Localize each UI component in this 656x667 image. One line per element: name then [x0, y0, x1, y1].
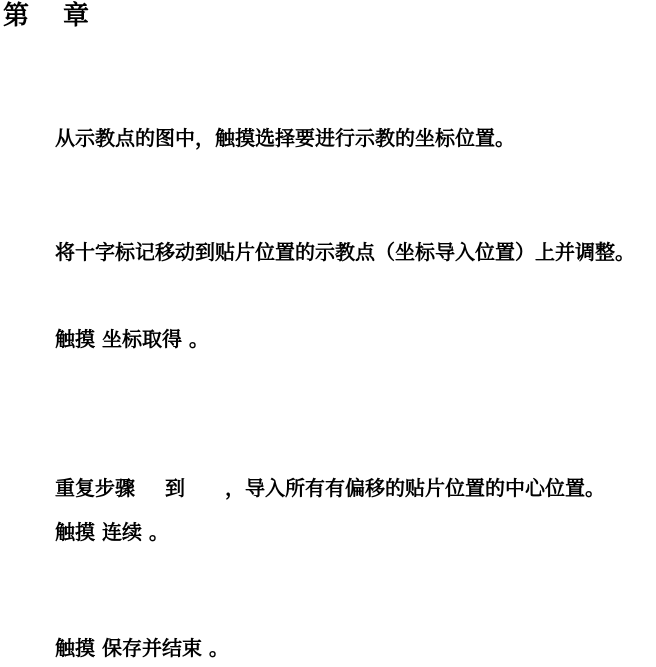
instruction-line-touch-get-coordinate: 触摸 坐标取得 。 — [55, 327, 209, 351]
instruction-line-touch-continue: 触摸 连续 。 — [55, 520, 169, 544]
instruction-line-touch-save-and-end: 触摸 保存并结束 。 — [55, 636, 229, 660]
chapter-heading-prefix: 第 — [3, 1, 29, 31]
instruction-line-select-coordinate: 从示教点的图中，触摸选择要进行示教的坐标位置。 — [55, 126, 515, 150]
repeat-steps-text-after: ，导入所有有偏移的贴片位置的中心位置。 — [225, 476, 605, 500]
repeat-steps-text-before: 重复步骤 — [55, 476, 135, 500]
repeat-steps-text-to: 到 — [165, 476, 185, 500]
chapter-heading-suffix: 章 — [63, 1, 89, 31]
instruction-line-move-cross-mark: 将十字标记移动到贴片位置的示教点（坐标导入位置）上并调整。 — [55, 240, 635, 264]
chapter-heading: 第章 — [3, 2, 89, 32]
document-page: 第章 从示教点的图中，触摸选择要进行示教的坐标位置。 将十字标记移动到贴片位置的… — [0, 0, 656, 667]
instruction-line-repeat-steps: 重复步骤到，导入所有有偏移的贴片位置的中心位置。 — [55, 476, 605, 500]
